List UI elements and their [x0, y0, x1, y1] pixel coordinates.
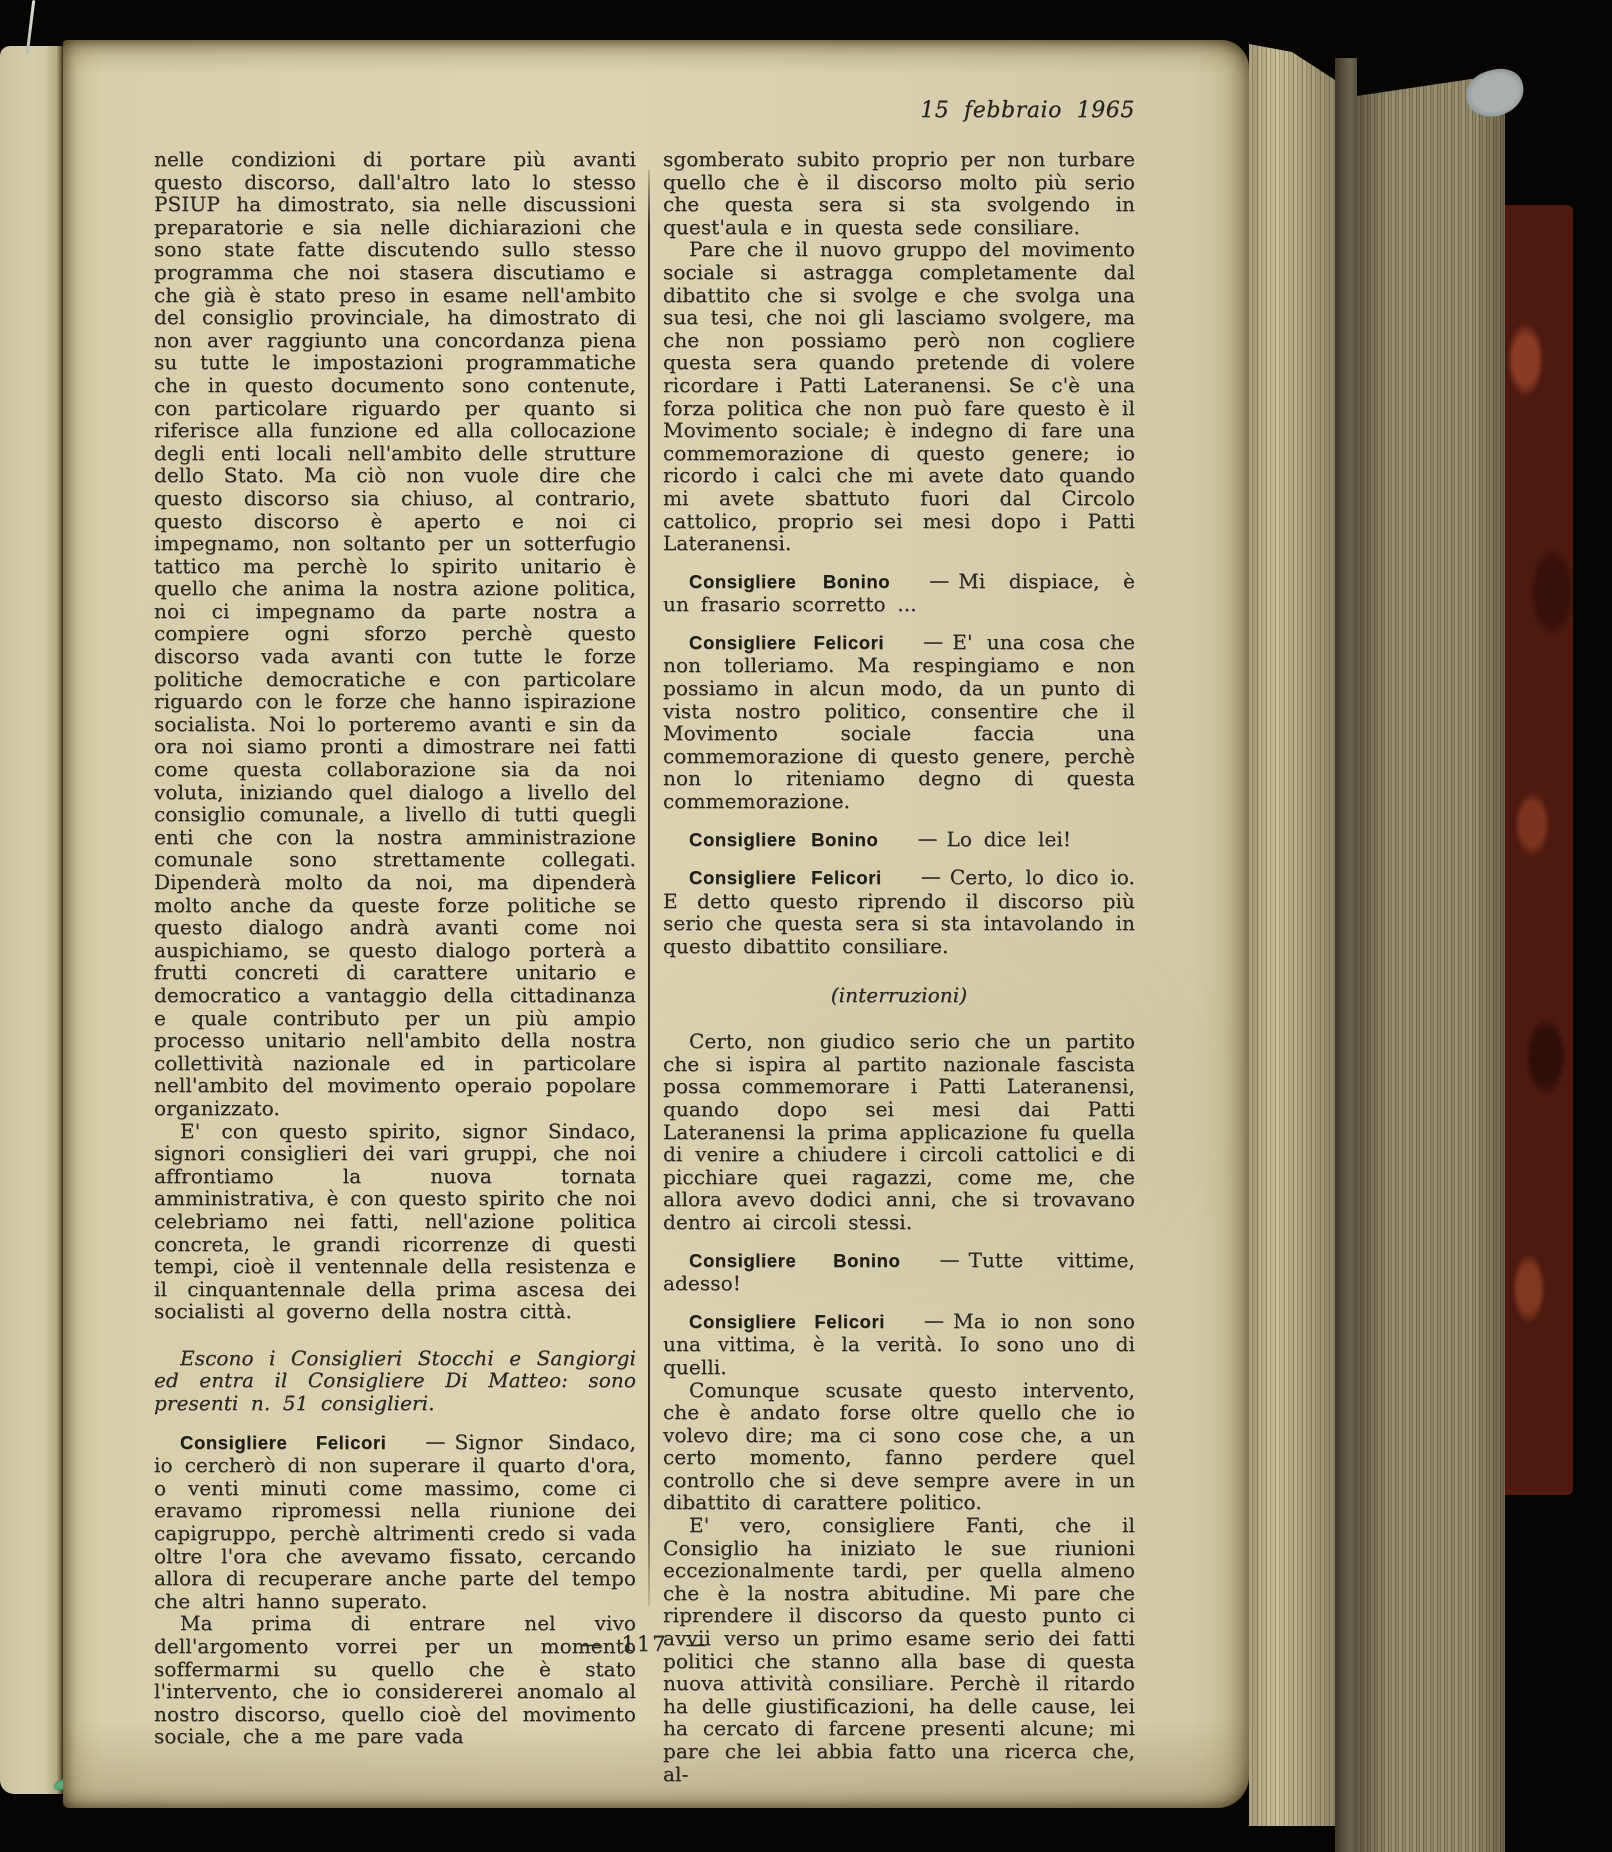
paragraph: E' con questo spirito, signor Sindaco, s…	[154, 1120, 636, 1323]
speaker-dash: —	[891, 827, 937, 850]
paragraph: Certo, non giudico serio che un partito …	[663, 1030, 1135, 1233]
speech-paragraph: Consigliere Felicori—Certo, lo dico io. …	[663, 866, 1135, 957]
interruptions-note: (interruzioni)	[663, 984, 1135, 1007]
speech-paragraph: Consigliere Felicori—Ma io non sono una …	[663, 1310, 1135, 1379]
page-stack-shadow	[1335, 58, 1357, 1852]
header-date: 15 febbraio 1965	[663, 98, 1135, 123]
speaker-name: Consigliere Felicori	[180, 1432, 386, 1453]
adjacent-page-edge	[0, 46, 63, 1794]
speaker-name: Consigliere Felicori	[689, 867, 882, 888]
scanned-book-photo: { "book_page": { "header_date": "15 febb…	[0, 0, 1612, 1852]
speaker-dash: —	[895, 865, 941, 888]
speaker-name: Consigliere Bonino	[689, 571, 890, 592]
speaker-dash: —	[399, 1430, 445, 1453]
stage-direction: Escono i Consiglieri Stocchi e Sangiorgi…	[154, 1347, 636, 1415]
column-divider-rule	[648, 170, 650, 1606]
speech-text: Signor Sindaco, io cercherò di non super…	[154, 1430, 636, 1613]
speaker-dash: —	[913, 1248, 959, 1271]
printed-content: 15 febbraio 1965 nelle condizioni di por…	[63, 40, 1249, 1808]
speech-paragraph: Consigliere Felicori—E' una cosa che non…	[663, 631, 1135, 813]
speaker-dash: —	[897, 630, 943, 653]
left-column: nelle condizioni di portare più avanti q…	[154, 148, 636, 1682]
speaker-dash: —	[903, 569, 949, 592]
page-stack-edge-inner	[1249, 44, 1335, 1826]
speech-paragraph: Consigliere Felicori—Signor Sindaco, io …	[154, 1431, 636, 1613]
paragraph: Comunque scusate questo intervento, che …	[663, 1379, 1135, 1515]
speech-paragraph: Consigliere Bonino—Mi dispiace, è un fra…	[663, 570, 1135, 616]
speaker-name: Consigliere Felicori	[689, 632, 884, 653]
book-cover-marbled-edge	[1505, 205, 1573, 1495]
speech-paragraph: Consigliere Bonino—Lo dice lei!	[663, 828, 1135, 852]
speaker-dash: —	[898, 1309, 944, 1332]
speech-paragraph: Consigliere Bonino—Tutte vittime, adesso…	[663, 1249, 1135, 1295]
right-column: sgomberato subito proprio per non turbar…	[663, 148, 1135, 1682]
page-number: — 117 —	[154, 1632, 1135, 1656]
speaker-name: Consigliere Felicori	[689, 1311, 885, 1332]
speaker-name: Consigliere Bonino	[689, 829, 878, 850]
speech-text: E' una cosa che non tolleriamo. Ma respi…	[663, 630, 1135, 813]
speech-text: Lo dice lei!	[947, 827, 1072, 851]
page-stack-edge-outer	[1357, 74, 1505, 1852]
paragraph: sgomberato subito proprio per non turbar…	[663, 148, 1135, 238]
speaker-name: Consigliere Bonino	[689, 1250, 900, 1271]
paragraph: Pare che il nuovo gruppo del movimento s…	[663, 238, 1135, 554]
paragraph: nelle condizioni di portare più avanti q…	[154, 148, 636, 1120]
